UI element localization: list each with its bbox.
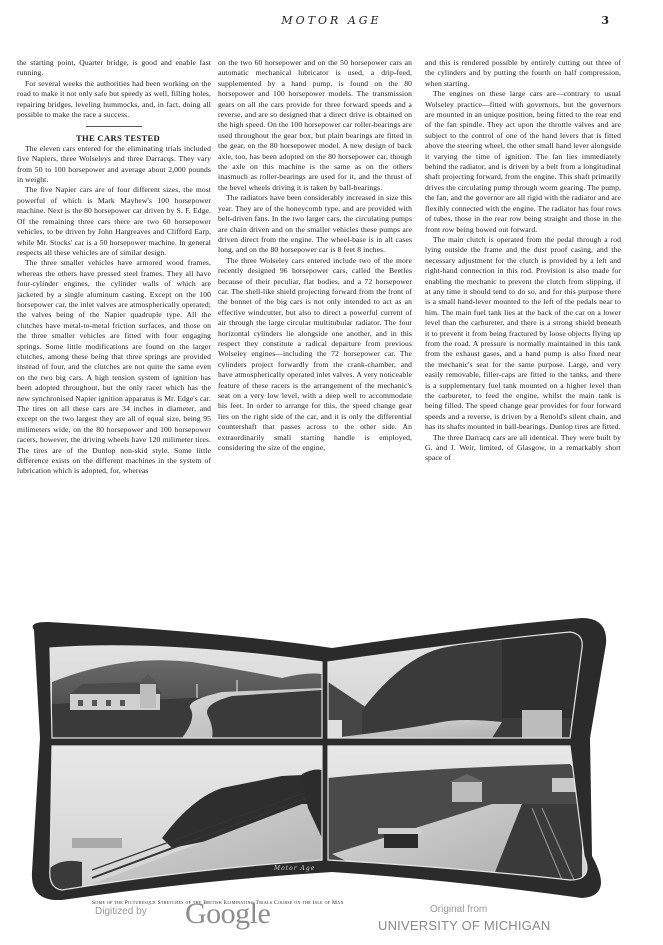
paragraph: The three Darracq cars are all identical…: [425, 433, 621, 464]
paragraph: The engines on these large cars are—cont…: [425, 89, 621, 235]
university-label: UNIVERSITY OF MICHIGAN: [378, 918, 550, 933]
google-logo: Google: [185, 898, 270, 930]
photo-montage: Motor Age: [22, 618, 648, 900]
running-head: MOTOR AGE: [0, 14, 663, 27]
paragraph: The three smaller vehicles have armored …: [17, 258, 211, 477]
paragraph: The three Wolseley cars entered include …: [218, 256, 412, 454]
figure-caption: Some of the Picturesque Stretches of the…: [92, 900, 612, 906]
paragraph: For several weeks the authorities had be…: [17, 79, 211, 121]
paragraph: on the two 60 horsepower and on the 50 h…: [218, 58, 412, 193]
section-divider: [86, 126, 142, 127]
section-heading: THE CARS TESTED: [17, 133, 211, 143]
paragraph: and this is rendered possible by entirel…: [425, 58, 621, 89]
paragraph: the starting point, Quarter bridge, is g…: [17, 58, 211, 79]
column-1: the starting point, Quarter bridge, is g…: [17, 58, 211, 477]
paragraph: The main clutch is operated from the ped…: [425, 235, 621, 433]
paragraph: The eleven cars entered for the eliminat…: [17, 144, 211, 186]
photo-watermark: Motor Age: [273, 865, 315, 872]
column-2: on the two 60 horsepower and on the 50 h…: [218, 58, 412, 453]
paragraph: The radiators have been considerably inc…: [218, 193, 412, 255]
original-from-label: Original from: [430, 904, 487, 915]
page-number: 3: [601, 14, 609, 27]
paragraph: The five Napier cars are of four differe…: [17, 185, 211, 258]
digitized-by-label: Digitized by: [95, 906, 147, 917]
column-3: and this is rendered possible by entirel…: [425, 58, 621, 464]
